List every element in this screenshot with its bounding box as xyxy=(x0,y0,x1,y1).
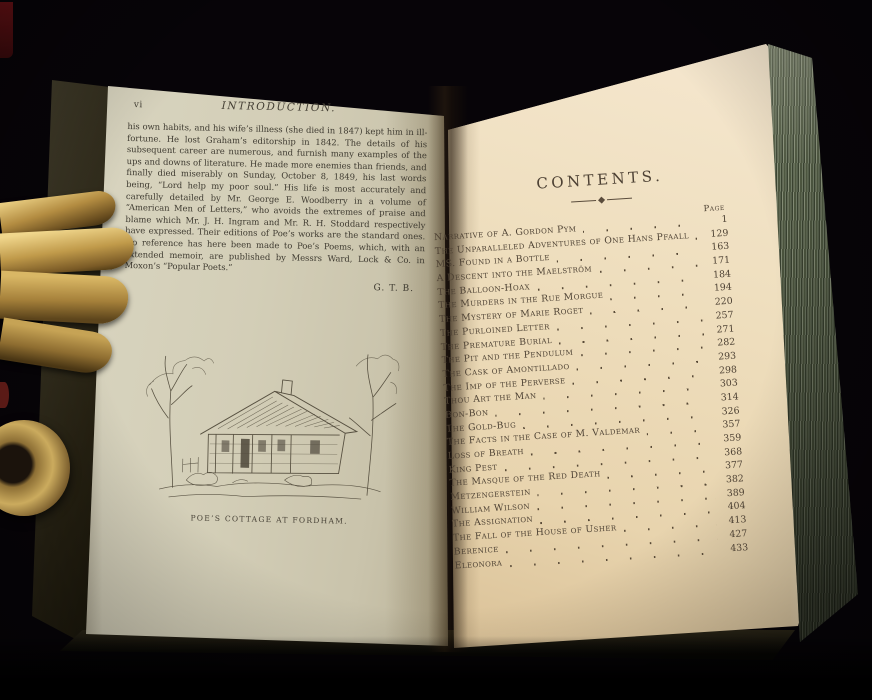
toc-entry-page-number: 359 xyxy=(717,432,742,444)
toc-entry-page-number: 303 xyxy=(714,378,739,390)
red-corner-accent xyxy=(0,2,13,58)
toc-entry-page-number: 1 xyxy=(703,214,728,226)
red-edge-accent xyxy=(0,382,9,408)
rule-line-left xyxy=(571,200,596,203)
toc-entry-page-number: 368 xyxy=(718,446,743,458)
toc-entry-page-number: 184 xyxy=(707,268,732,280)
toc-entry-page-number: 293 xyxy=(712,350,737,362)
toc-leader-dots xyxy=(696,237,699,239)
illustration-block: POE’S COTTAGE AT FORDHAM. xyxy=(139,334,403,526)
toc-entry-page-number: 314 xyxy=(714,391,739,403)
toc-entry-page-number: 433 xyxy=(724,542,749,554)
toc-entry-title: Eleonora xyxy=(454,557,502,571)
introduction-body: his own habits, and his wife’s illness (… xyxy=(124,121,427,278)
author-initials: G. T. B. xyxy=(124,278,426,294)
toc-entry-page-number: 377 xyxy=(719,460,744,472)
brass-easel-clamp-finger xyxy=(0,227,135,276)
bottom-shadow xyxy=(0,636,872,700)
toc-entry-title: King Pest xyxy=(448,461,497,475)
toc-entry-page-number: 413 xyxy=(722,514,747,526)
toc-entry-page-number: 194 xyxy=(708,282,733,294)
poes-cottage-woodcut-illustration xyxy=(139,334,403,509)
toc-entry-page-number: 404 xyxy=(721,501,746,513)
toc-entry-page-number: 163 xyxy=(705,241,730,253)
left-page-content: vi INTRODUCTION. his own habits, and his… xyxy=(119,98,430,527)
brass-easel-clamp-finger xyxy=(0,271,129,326)
toc-entry-title: Berenice xyxy=(454,544,499,558)
toc-entry-title: Bon-Bon xyxy=(445,407,489,421)
toc-entry-page-number: 427 xyxy=(723,528,748,540)
introduction-heading: INTRODUCTION. xyxy=(128,98,430,116)
toc-entry-page-number: 326 xyxy=(715,405,740,417)
toc-entry-page-number: 389 xyxy=(720,487,745,499)
toc-entry-page-number: 357 xyxy=(716,419,741,431)
toc-entry-page-number: 129 xyxy=(704,227,729,239)
toc-entry-page-number: 298 xyxy=(713,364,738,376)
toc-entry-page-number: 282 xyxy=(711,337,736,349)
toc-entry-page-number: 382 xyxy=(720,473,745,485)
folio-number: vi xyxy=(134,100,143,110)
book-photo: vi INTRODUCTION. his own habits, and his… xyxy=(0,0,872,700)
toc-entry-page-number: 257 xyxy=(709,309,734,321)
rule-line-right xyxy=(607,198,632,201)
rule-diamond xyxy=(598,197,605,204)
toc-entry-page-number: 171 xyxy=(706,255,731,267)
left-page-header: vi INTRODUCTION. xyxy=(128,98,430,119)
toc-entry-page-number: 220 xyxy=(708,296,733,308)
right-page-content: CONTENTS. Page Narrative of A. Gordon Py… xyxy=(423,42,792,573)
toc-entry-page-number: 271 xyxy=(710,323,735,335)
toc-list: Narrative of A. Gordon Pym 1 The Unparal… xyxy=(434,211,793,574)
